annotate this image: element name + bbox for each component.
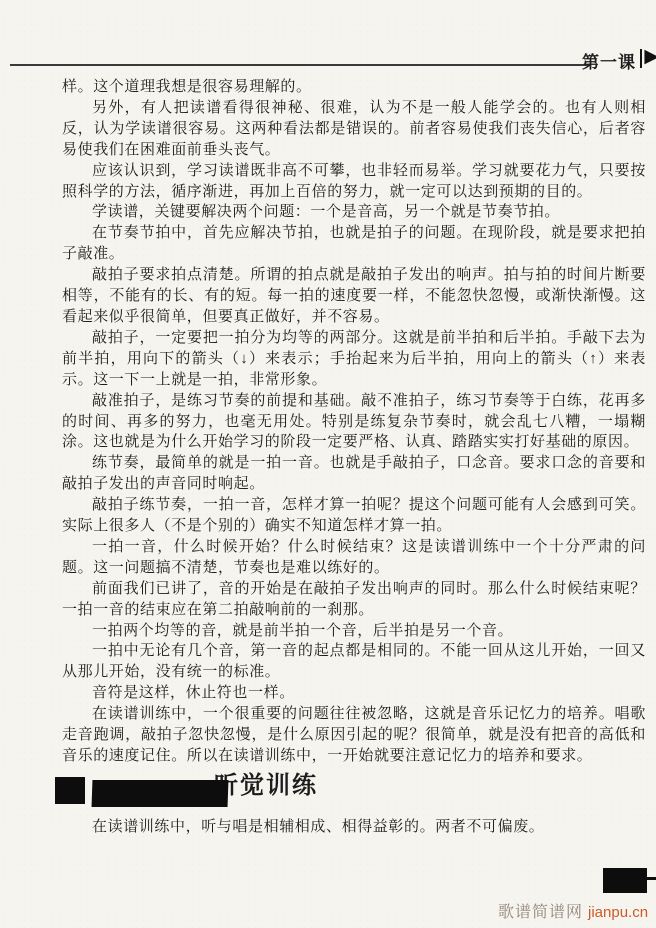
paragraph: 在节奏节拍中，首先应解决节拍，也就是拍子的问题。在现阶段，就是要求把拍子敲准。 bbox=[62, 223, 646, 265]
body-paragraphs: 样。这个道理我想是很容易理解的。另外，有人把读谱看得很神秘、很难，认为不是一般人… bbox=[62, 77, 646, 767]
watermark: 歌谱简谱网 jianpu.cn bbox=[498, 899, 648, 922]
paragraph: 前面我们已讲了，音的开始是在敲拍子发出响声的同时。那么什么时候结束呢？一拍一音的… bbox=[62, 579, 646, 621]
page-number-block bbox=[603, 868, 647, 893]
paragraph: 样。这个道理我想是很容易理解的。 bbox=[62, 77, 646, 98]
paragraph: 应该认识到，学习读谱既非高不可攀，也非轻而易举。学习就要花力气，只要按照科学的方… bbox=[62, 161, 646, 203]
section-heading-row: 听觉训练 bbox=[55, 776, 646, 810]
paragraph: 敲准拍子，是练习节奏的前提和基础。敲不准拍子，练习节奏等于白练，花再多的时间、再… bbox=[62, 391, 646, 454]
watermark-site-name: 歌谱简谱网 bbox=[498, 904, 583, 921]
black-bar-block bbox=[92, 780, 229, 807]
page-number-line bbox=[645, 877, 656, 880]
paragraph: 音符是这样，休止符也一样。 bbox=[62, 683, 646, 704]
paragraph: 一拍两个均等的音，就是前半拍一个音，后半拍是另一个音。 bbox=[62, 621, 646, 642]
book-page: 第一课 ▶ 样。这个道理我想是很容易理解的。另外，有人把读谱看得很神秘、很难，认… bbox=[0, 0, 656, 928]
paragraph: 学读谱，关键要解决两个问题：一个是音高，另一个就是节奏节拍。 bbox=[62, 202, 646, 223]
paragraph: 在读谱训练中，一个很重要的问题往往被忽略，这就是音乐记忆力的培养。唱歌走音跑调，… bbox=[62, 704, 646, 767]
black-square-block bbox=[55, 777, 85, 804]
paragraph: 另外，有人把读谱看得很神秘、很难，认为不是一般人能学会的。也有人则相反，认为学读… bbox=[62, 98, 646, 161]
body-text: 样。这个道理我想是很容易理解的。另外，有人把读谱看得很神秘、很难，认为不是一般人… bbox=[62, 77, 646, 838]
paragraph: 练节奏，最简单的就是一拍一音。也就是手敲拍子，口念音。要求口念的音要和敲拍子发出… bbox=[62, 453, 646, 495]
paragraph: 敲拍子练节奏，一拍一音，怎样才算一拍呢？提这个问题可能有人会感到可笑。实际上很多… bbox=[62, 495, 646, 537]
paragraph: 一拍中无论有几个音，第一音的起点都是相同的。不能一回从这儿开始，一回又从那儿开始… bbox=[62, 641, 646, 683]
header-divider bbox=[640, 49, 642, 68]
paragraph: 一拍一音，什么时候开始？什么时候结束？这是读谱训练中一个十分严肃的问题。这一问题… bbox=[62, 537, 646, 579]
paragraph: 敲拍子要求拍点清楚。所谓的拍点就是敲拍子发出的响声。拍与拍的时间片断要相等，不能… bbox=[62, 265, 646, 328]
paragraph: 敲拍子，一定要把一拍分为均等的两部分。这就是前半拍和后半拍。手敲下去为前半拍，用… bbox=[62, 328, 646, 391]
watermark-site-domain: jianpu.cn bbox=[588, 904, 648, 921]
section-heading-text: 听觉训练 bbox=[214, 776, 318, 797]
chapter-title: 第一课 bbox=[582, 48, 636, 73]
header-rule bbox=[10, 64, 588, 66]
section-intro-paragraph: 在读谱训练中，听与唱是相辅相成、相得益彰的。两者不可偏废。 bbox=[62, 817, 646, 838]
arrow-right-icon: ▶ bbox=[644, 45, 656, 67]
